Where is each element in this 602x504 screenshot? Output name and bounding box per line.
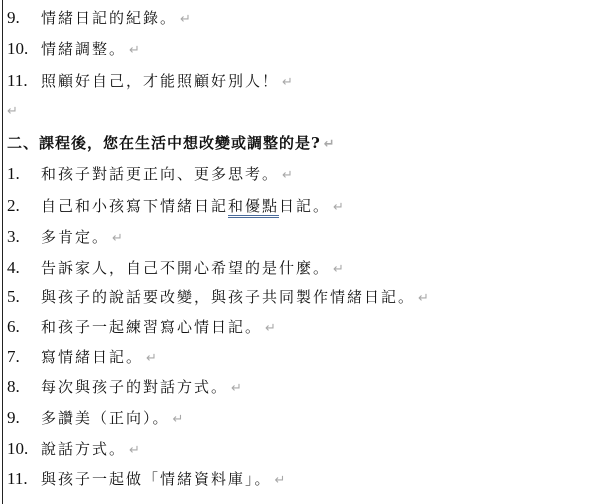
paragraph-mark-icon: ↵ xyxy=(333,262,344,277)
item-text: 照顧好自己，才能照顧好別人！ xyxy=(41,72,279,90)
item-text: 多讚美（正向）。 xyxy=(41,409,170,427)
paragraph-mark-icon: ↵ xyxy=(173,412,184,427)
item-text: 告訴家人，自己不開心希望的是什麼。 xyxy=(41,259,330,277)
paragraph-mark-icon: ↵ xyxy=(146,351,157,366)
list-item: 1.和孩子對話更正向、更多思考。↵ xyxy=(7,161,293,187)
item-text: 與孩子的說話要改變，與孩子共同製作情緒日記。 xyxy=(41,288,415,306)
item-text: 和孩子一起練習寫心情日記。 xyxy=(41,318,262,336)
item-text: 自己和小孩寫下情緒日記 xyxy=(41,197,228,215)
paragraph-mark-icon: ↵ xyxy=(333,200,344,215)
list-item: 9.情緒日記的紀錄。↵ xyxy=(7,5,191,31)
item-number: 3. xyxy=(7,224,41,250)
document-page: 9.情緒日記的紀錄。↵ 10.情緒調整。↵ 11.照顧好自己，才能照顧好別人！↵… xyxy=(0,0,602,504)
list-item: 3.多肯定。↵ xyxy=(7,224,123,250)
paragraph-mark-icon: ↵ xyxy=(180,12,191,27)
list-item: 5.與孩子的說話要改變，與孩子共同製作情緒日記。↵ xyxy=(7,284,429,310)
item-number: 10. xyxy=(7,36,41,62)
list-item: 7.寫情緒日記。↵ xyxy=(7,344,157,370)
list-item: 2.自己和小孩寫下情緒日記和優點日記。↵ xyxy=(7,193,344,219)
paragraph-mark-icon: ↵ xyxy=(265,321,276,336)
item-text: 說話方式。 xyxy=(41,440,126,458)
paragraph-mark-icon: ↵ xyxy=(129,443,140,458)
item-number: 9. xyxy=(7,5,41,31)
item-number: 10. xyxy=(7,436,41,462)
list-item: 8.每次與孩子的對話方式。↵ xyxy=(7,374,242,400)
item-number: 2. xyxy=(7,193,41,219)
item-text: 情緒日記的紀錄。 xyxy=(41,9,177,27)
paragraph-mark-icon: ↵ xyxy=(231,381,242,396)
item-number: 4. xyxy=(7,255,41,281)
item-number: 8. xyxy=(7,374,41,400)
list-item: 6.和孩子一起練習寫心情日記。↵ xyxy=(7,314,276,340)
item-text: 情緒調整。 xyxy=(41,40,126,58)
paragraph-mark-icon: ↵ xyxy=(7,104,18,119)
item-number: 6. xyxy=(7,314,41,340)
empty-paragraph: ↵ xyxy=(4,97,18,123)
heading-text: 二、課程後，您在生活中想改變或調整的是? xyxy=(7,134,321,152)
item-text: 與孩子一起做「情緒資料庫」。 xyxy=(41,470,272,488)
paragraph-mark-icon: ↵ xyxy=(282,168,293,183)
item-number: 11. xyxy=(7,68,41,94)
paragraph-mark-icon: ↵ xyxy=(275,473,286,488)
paragraph-mark-icon: ↵ xyxy=(129,43,140,58)
paragraph-mark-icon: ↵ xyxy=(282,75,293,90)
list-item: 10.說話方式。↵ xyxy=(7,436,140,462)
item-text: 和孩子對話更正向、更多思考。 xyxy=(41,165,279,183)
paragraph-mark-icon: ↵ xyxy=(112,231,123,246)
section-heading: 二、課程後，您在生活中想改變或調整的是?↵ xyxy=(7,130,335,156)
list-item: 11.與孩子一起做「情緒資料庫」。↵ xyxy=(7,466,285,492)
grammar-underline-text[interactable]: 和優點 xyxy=(228,197,279,218)
item-text: 多肯定。 xyxy=(41,228,109,246)
list-item: 10.情緒調整。↵ xyxy=(7,36,140,62)
item-text: 寫情緒日記。 xyxy=(41,348,143,366)
item-number: 1. xyxy=(7,161,41,187)
paragraph-mark-icon: ↵ xyxy=(418,291,429,306)
item-text: 每次與孩子的對話方式。 xyxy=(41,378,228,396)
list-item: 4.告訴家人，自己不開心希望的是什麼。↵ xyxy=(7,255,344,281)
list-item: 11.照顧好自己，才能照顧好別人！↵ xyxy=(7,68,293,94)
item-number: 5. xyxy=(7,284,41,310)
item-number: 11. xyxy=(7,466,41,492)
paragraph-mark-icon: ↵ xyxy=(324,137,335,152)
item-number: 7. xyxy=(7,344,41,370)
list-item: 9.多讚美（正向）。↵ xyxy=(7,405,183,431)
item-text: 日記。 xyxy=(279,197,330,215)
page-left-border xyxy=(2,0,3,504)
item-number: 9. xyxy=(7,405,41,431)
